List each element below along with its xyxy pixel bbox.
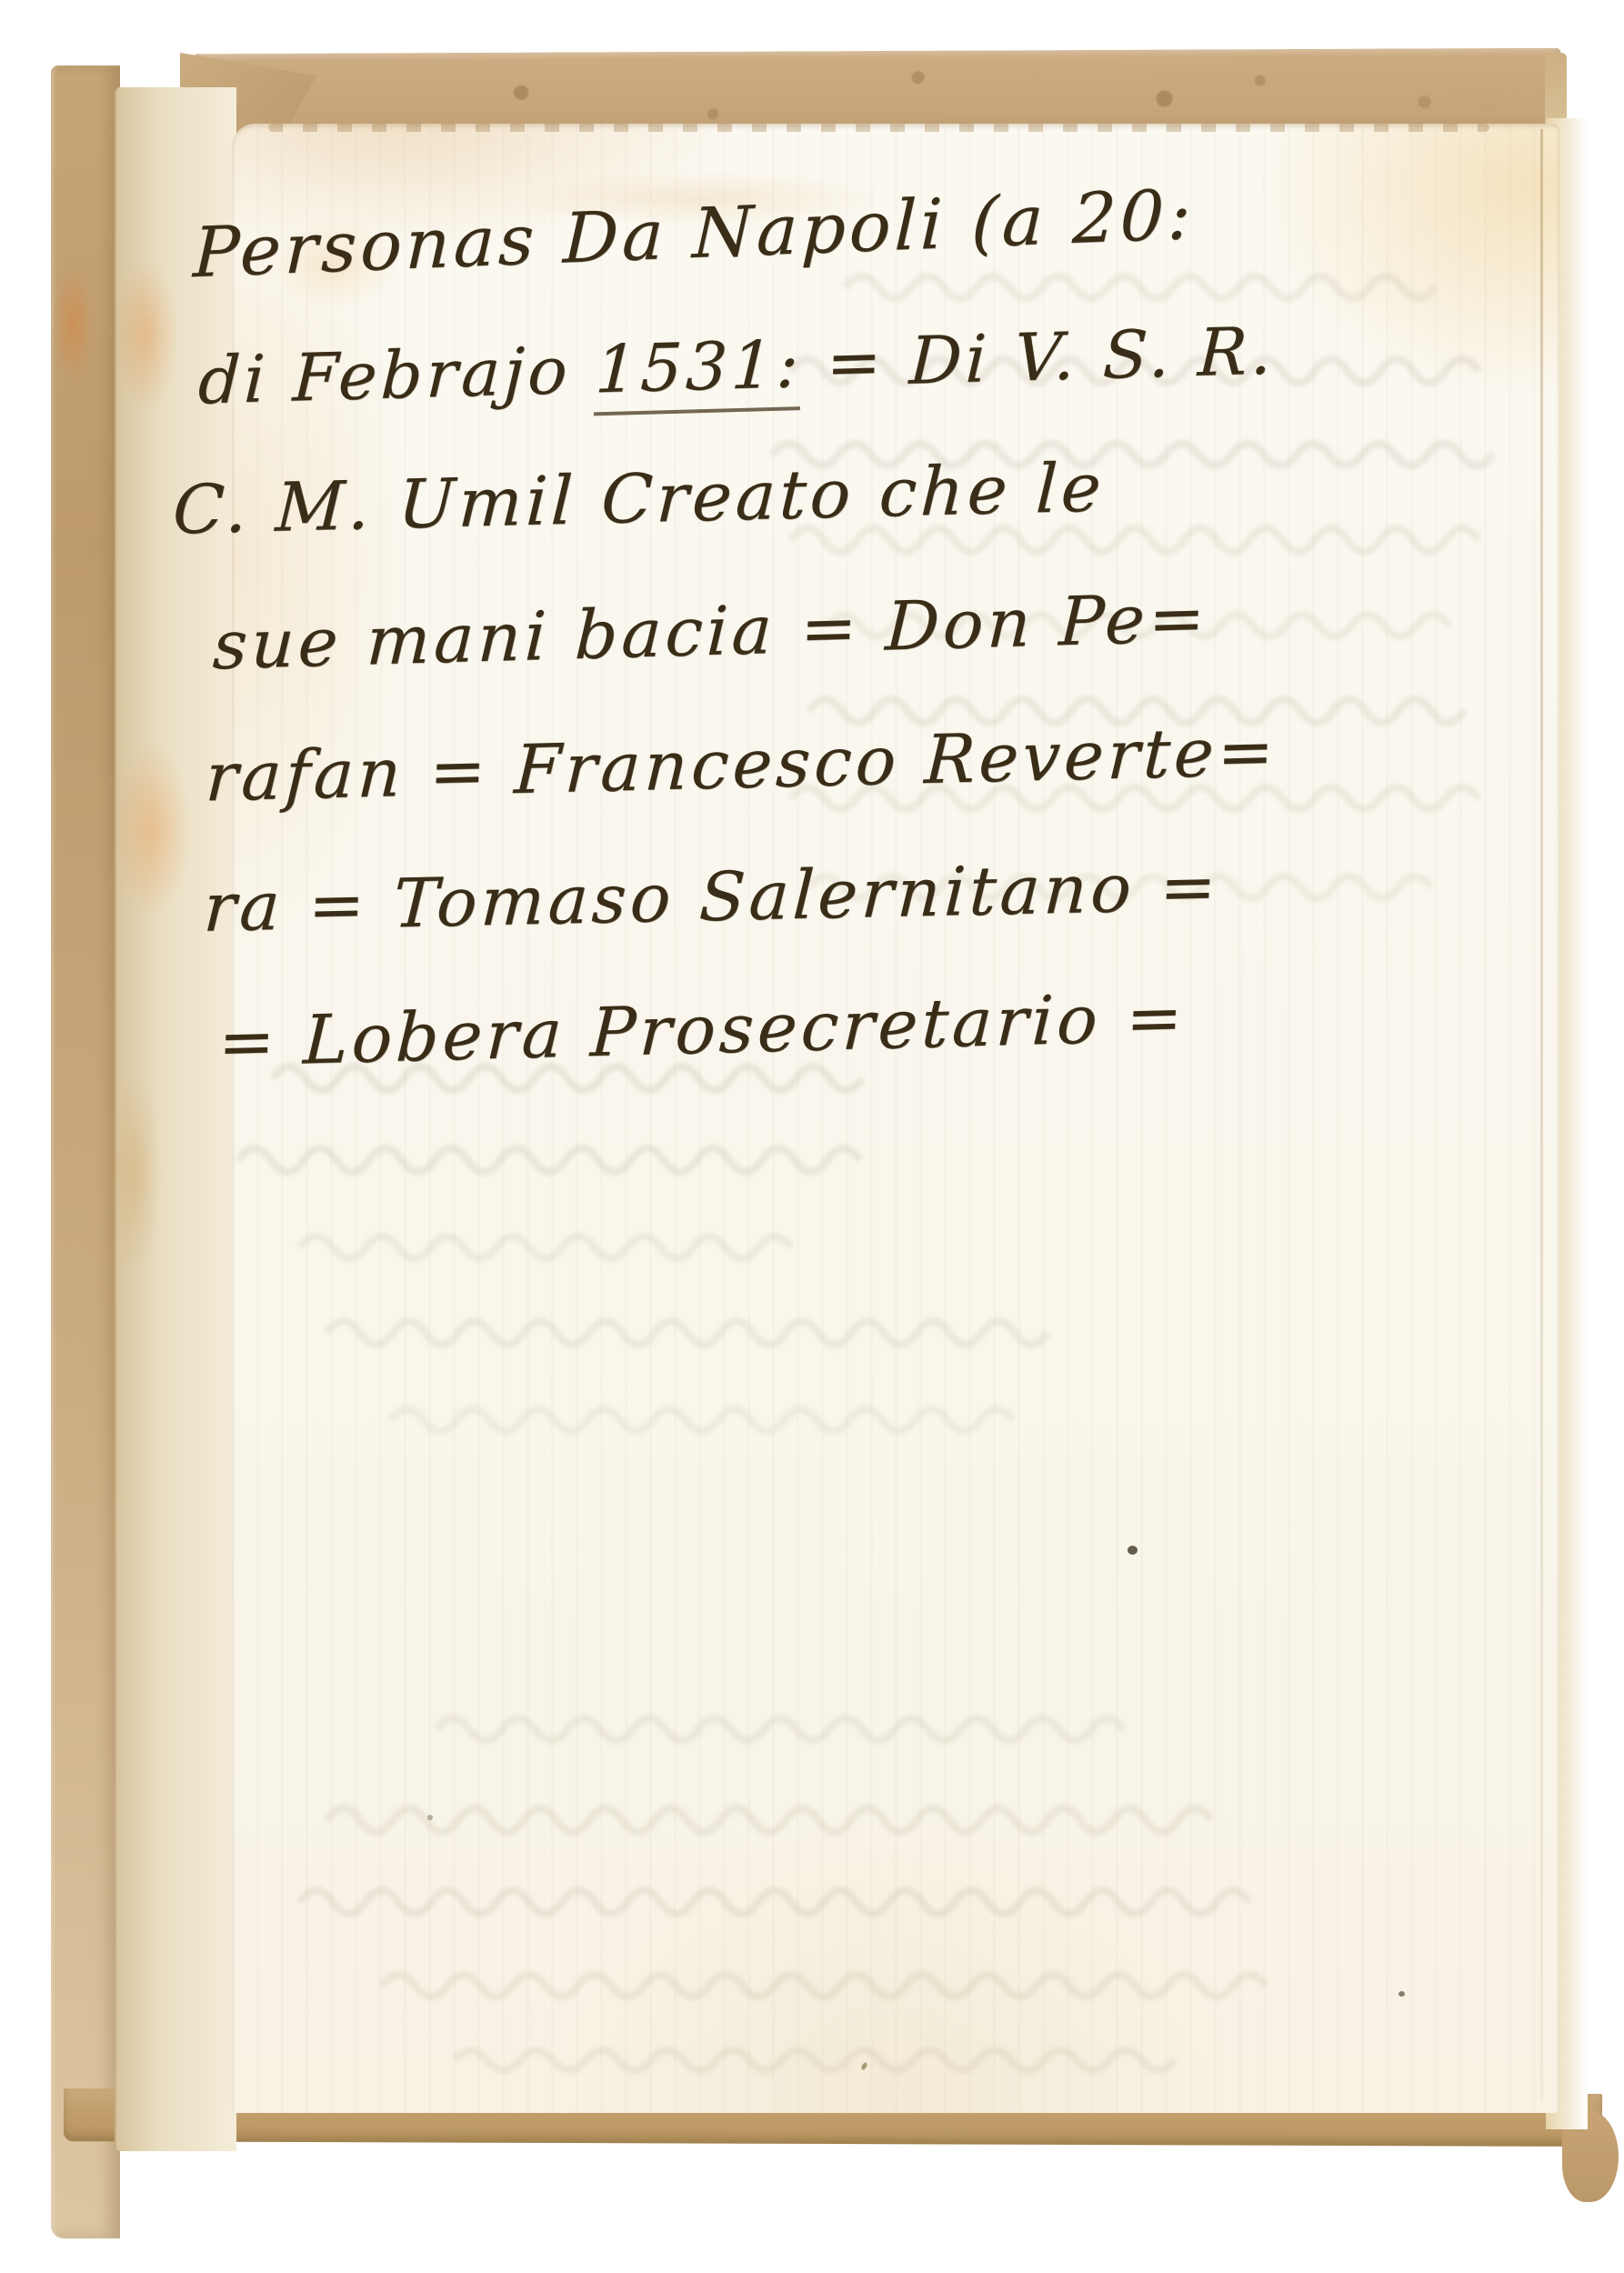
ink-speck [1398,1991,1405,1997]
page-crease [1540,129,1543,2102]
manuscript-line-2-pre: di Febrajo [196,331,596,418]
ink-speck [1128,1546,1138,1555]
book-photo: Personas Da Napoli (a 20: di Febrajo 153… [0,0,1624,2273]
manuscript-line-2-post: = Di V. S. R. [800,312,1277,402]
manuscript-underlined-year: 1531: [594,325,804,416]
ink-speck [427,1815,433,1820]
